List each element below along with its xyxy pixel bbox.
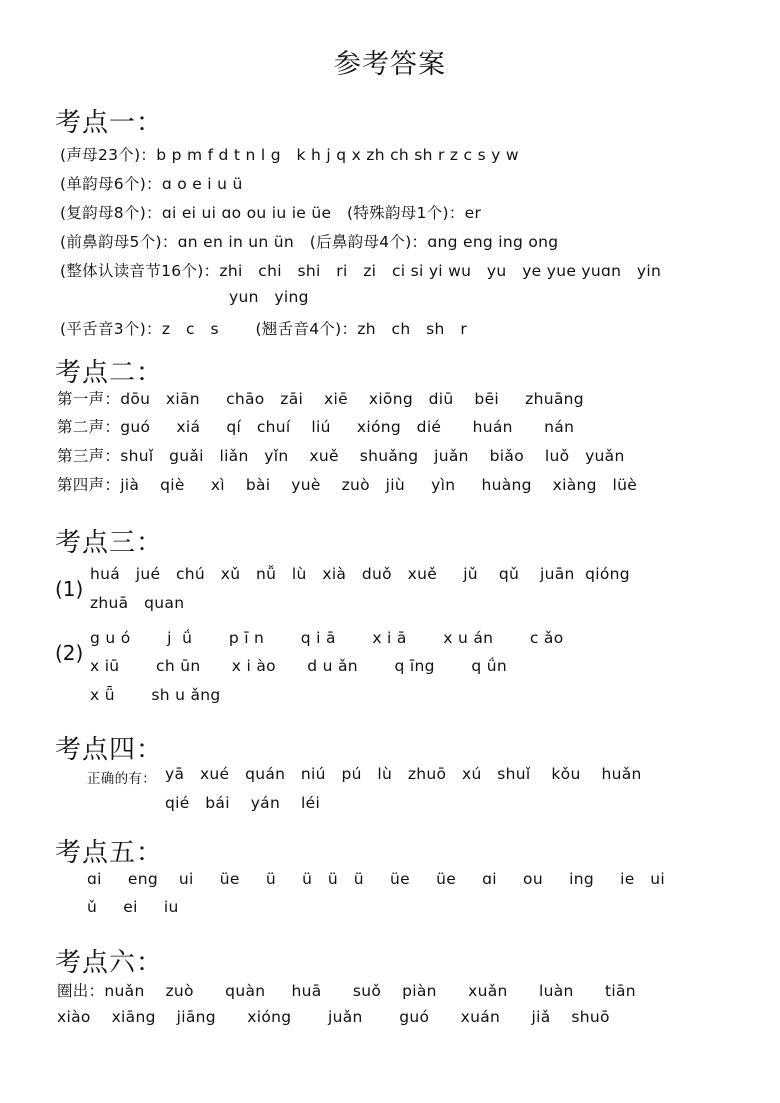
section-2-line: 第二声：guó xiá qí chuí liú xióng dié huán n… — [57, 415, 574, 437]
section-1-line: (单韵母6个)：ɑ o e i u ü — [60, 172, 243, 194]
section-6-line: xiào xiāng jiāng xióng juǎn guó xuán jiǎ… — [57, 1008, 610, 1026]
section-3-line: g u ó j ǘ p ī n q i ā x i ā x u án c ǎo — [90, 629, 563, 647]
section-3-line: x iū ch ūn x i ào d u ǎn q īng q ǘn — [90, 657, 507, 675]
section-1-line: (声母23个)：b p m f d t n l g k h j q x zh c… — [60, 143, 519, 165]
section-2-heading: 考点二： — [55, 352, 163, 389]
section-1-line: (前鼻韵母5个)：ɑn en in un ün (后鼻韵母4个)：ɑng eng… — [60, 230, 558, 252]
page-title: 参考答案 — [0, 42, 780, 81]
section-6-heading: 考点六： — [55, 942, 163, 979]
part-1-marker: (1) — [55, 577, 83, 601]
section-1-line: yun ying — [229, 288, 309, 306]
section-5-heading: 考点五： — [55, 832, 163, 869]
section-5-line: ɑi eng ui üe ü ü ü ü üe üe ɑi ou ing ie … — [87, 870, 665, 888]
section-5-line: ǔ ei iu — [87, 898, 179, 916]
section-2-line: 第四声：jià qiè xì bài yuè zuò jiù yìn huàng… — [57, 473, 637, 495]
section-3-heading: 考点三： — [55, 522, 163, 559]
section-3-line: zhuā quan — [90, 594, 184, 612]
section-4-line: qié bái yán léi — [165, 794, 320, 812]
section-4-line: yā xué quán niú pú lù zhuō xú shuǐ kǒu h… — [165, 765, 642, 783]
section-1-line: (整体认读音节16个)：zhi chi shi ri zi ci si yi w… — [60, 259, 661, 281]
section-2-line: 第三声：shuǐ guǎi liǎn yǐn xuě shuǎng juǎn b… — [57, 444, 625, 466]
section-1-line: (复韵母8个)：ɑi ei ui ɑo ou iu ie üe (特殊韵母1个)… — [60, 201, 481, 223]
section-4-heading: 考点四： — [55, 729, 163, 766]
section-6-line: 圈出：nuǎn zuò quàn huā suǒ piàn xuǎn luàn … — [57, 979, 636, 1001]
section-3-line: x ǖ sh u ǎng — [90, 686, 221, 704]
section-1-line: (平舌音3个)：z c s (翘舌音4个)：zh ch sh r — [60, 317, 467, 339]
section-4-label: 正确的有： — [87, 767, 156, 787]
section-1-heading: 考点一： — [55, 102, 163, 139]
section-2-line: 第一声：dōu xiān chāo zāi xiē xiōng diū bēi … — [57, 387, 584, 409]
section-3-line: huá jué chú xǔ nǚ lù xià duǒ xuě jǔ qǔ j… — [90, 565, 630, 583]
part-2-marker: (2) — [55, 641, 83, 665]
